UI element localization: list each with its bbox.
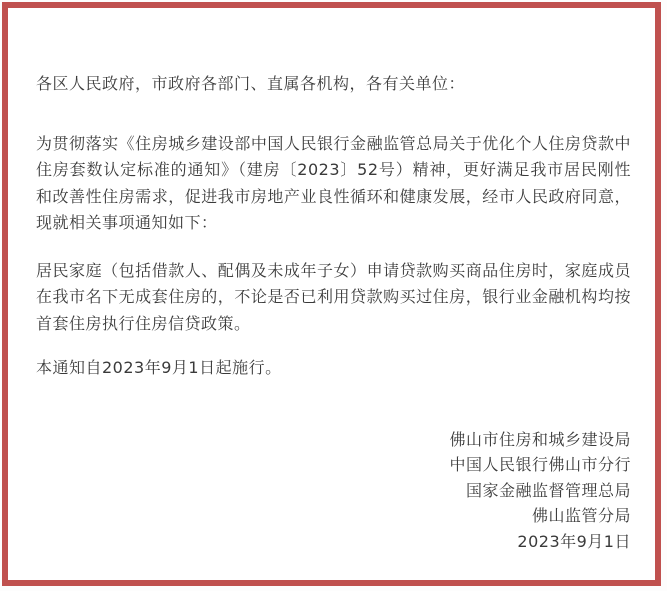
red-border-frame: 各区人民政府，市政府各部门、直属各机构，各有关单位： 为贯彻落实《住房城乡建设部… <box>2 2 661 586</box>
salutation: 各区人民政府，市政府各部门、直属各机构，各有关单位： <box>36 71 631 98</box>
paragraph-policy: 居民家庭（包括借款人、配偶及未成年子女）申请贷款购买商品住房时，家庭成员在我市名… <box>36 258 631 338</box>
notice-body: 各区人民政府，市政府各部门、直属各机构，各有关单位： 为贯彻落实《住房城乡建设部… <box>16 16 647 572</box>
signature-block: 佛山市住房和城乡建设局 中国人民银行佛山市分行 国家金融监督管理总局 佛山监管分… <box>36 427 631 555</box>
notice-page: 各区人民政府，市政府各部门、直属各机构，各有关单位： 为贯彻落实《住房城乡建设部… <box>0 0 667 591</box>
signature-org-2: 中国人民银行佛山市分行 <box>36 452 631 478</box>
signature-org-1: 佛山市住房和城乡建设局 <box>36 427 631 453</box>
signature-date: 2023年9月1日 <box>36 529 631 555</box>
signature-org-3: 国家金融监督管理总局 <box>36 478 631 504</box>
paragraph-effective-date: 本通知自2023年9月1日起施行。 <box>36 355 631 382</box>
paragraph-preamble: 为贯彻落实《住房城乡建设部中国人民银行金融监管总局关于优化个人住房贷款中住房套数… <box>36 131 631 237</box>
signature-org-4: 佛山监管分局 <box>36 503 631 529</box>
